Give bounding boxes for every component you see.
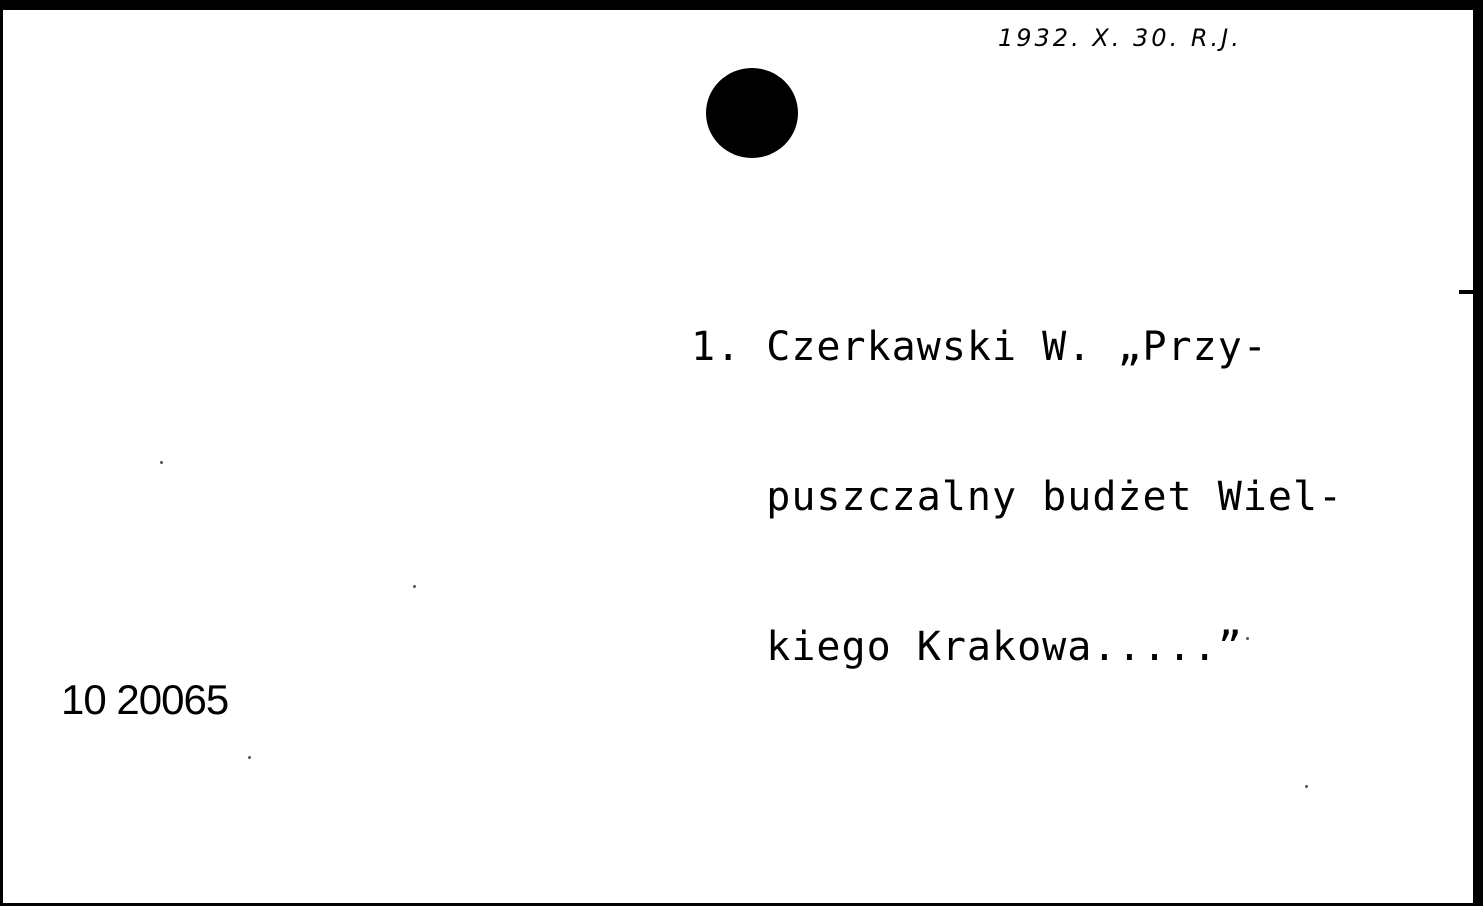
catalog-card: 1932. X. 30. R.J. 1. Czerkawski W. „Przy… [3,10,1473,903]
entry-line: kiego Krakowa.....” [691,622,1343,672]
speck [248,756,251,759]
bibliographic-entry: 1. Czerkawski W. „Przy- puszczalny budże… [691,222,1343,772]
catalog-number: 10 20065 [61,676,228,724]
speck [413,585,416,588]
speck [1246,637,1249,640]
entry-line: puszczalny budżet Wiel- [691,472,1343,522]
speck [1305,785,1308,788]
punch-hole [706,68,798,158]
entry-line: 1. Czerkawski W. „Przy- [691,322,1343,372]
handwritten-date-note: 1932. X. 30. R.J. [998,24,1242,52]
edge-mark [1459,290,1473,294]
speck [160,461,163,464]
